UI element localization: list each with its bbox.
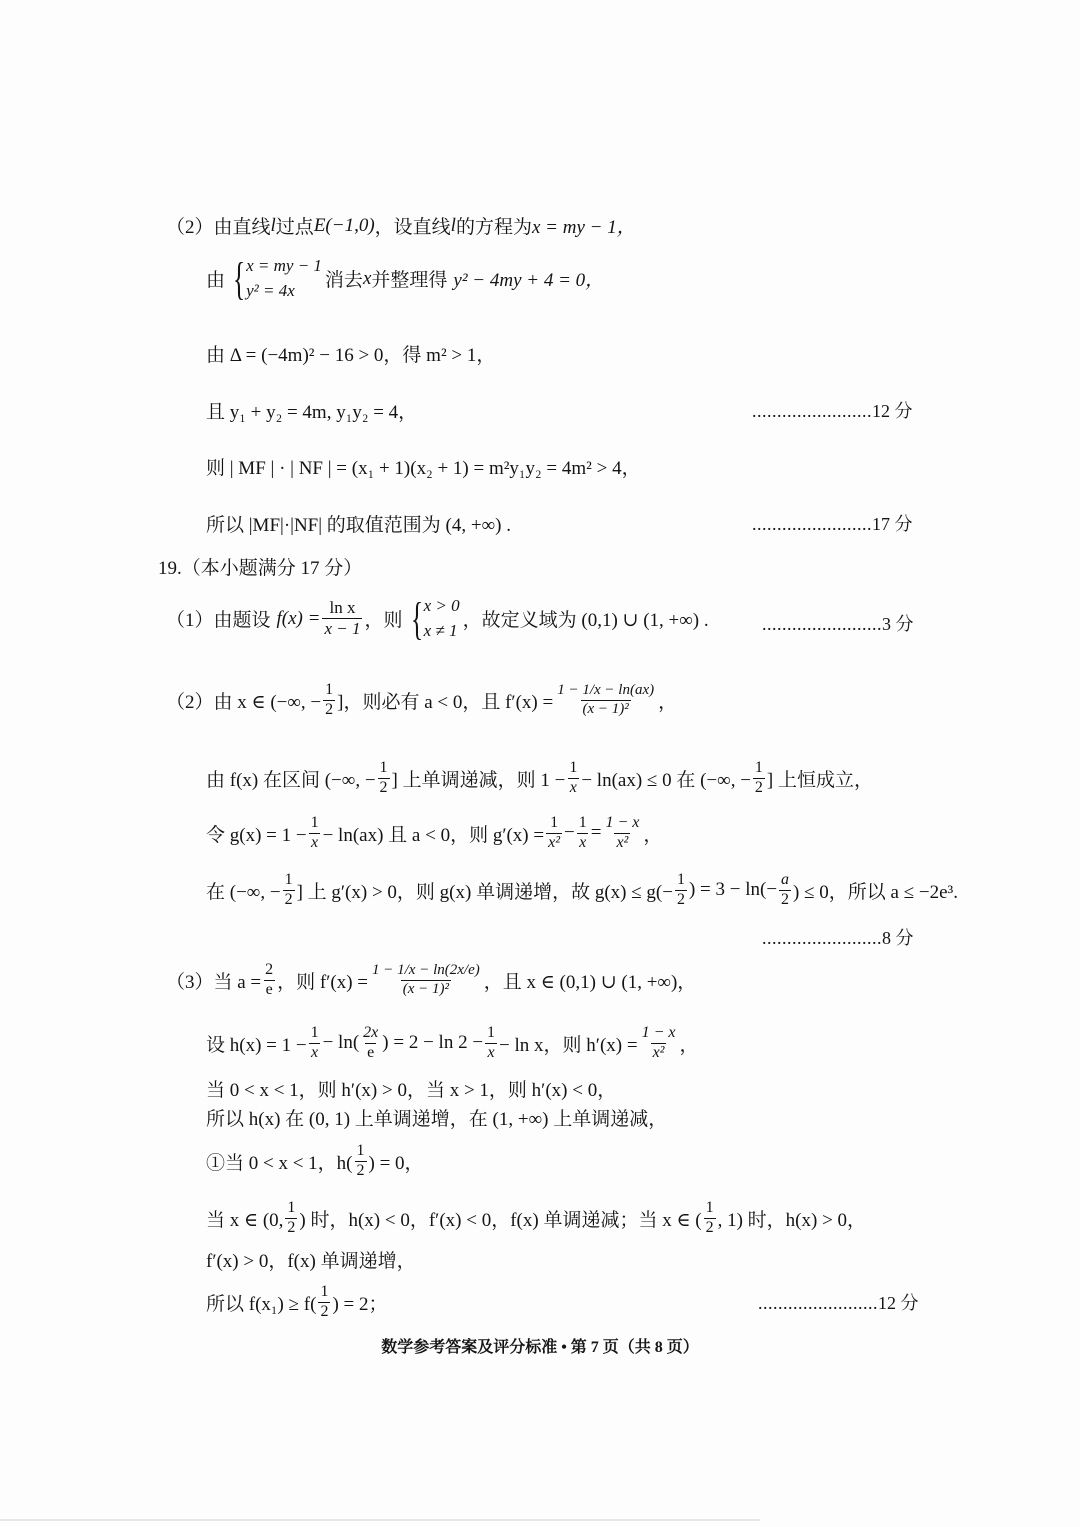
- dots: ........................: [752, 401, 872, 421]
- text: − ln x，则 h′(x) =: [499, 1030, 638, 1057]
- denominator: x²: [546, 833, 562, 852]
- text: ) = 2 − ln 2 −: [382, 1032, 483, 1054]
- dots: ........................: [762, 928, 882, 948]
- equation-system: { x > 0 x ≠ 1: [406, 594, 460, 643]
- q18-p2-line2: 由 { x = my − 1 y² = 4x 消去 x 并整理得 y² − 4m…: [206, 254, 604, 303]
- score-value: 12 分: [872, 401, 913, 421]
- numerator: 1: [285, 1200, 297, 1218]
- numerator: 1: [378, 760, 390, 778]
- fraction-1mx-over-x2: 1 − x x²: [603, 815, 641, 852]
- text: ) = 0，: [369, 1148, 424, 1175]
- denominator: x: [485, 1043, 496, 1062]
- fraction-half: 1 2: [285, 1200, 297, 1237]
- denominator: 2: [318, 1302, 330, 1321]
- fraction-1mx-over-x2: 1 − x x²: [640, 1025, 678, 1062]
- text: 并整理得: [371, 265, 447, 292]
- numerator: 1: [323, 682, 335, 700]
- numerator: 1 − x: [640, 1025, 678, 1043]
- text: ]，则必有 a < 0，且 f′(x) =: [337, 687, 553, 714]
- numerator: 1: [355, 1143, 367, 1161]
- denominator: 2: [753, 778, 765, 797]
- denominator: 2: [675, 890, 687, 909]
- q19-p3-line6: 当 x ∈ (0, 1 2 ) 时，h(x) < 0，f′(x) < 0，f(x…: [206, 1200, 866, 1237]
- fraction-half: 1 2: [704, 1200, 716, 1237]
- numerator: a: [779, 872, 791, 890]
- denominator: (x − 1)²: [401, 980, 451, 998]
- q19-p3-line1: （3）当 a = 2 e ，则 f′(x) = 1 − 1/x − ln(2x/…: [166, 962, 696, 999]
- score-3: ........................3 分: [762, 610, 914, 636]
- fraction: ln x x − 1: [322, 599, 362, 638]
- text: ) ≤ 0，所以 a ≤ −2e³.: [793, 877, 958, 904]
- numerator: 1 − 1/x − ln(ax): [555, 683, 656, 700]
- score-8: ........................8 分: [762, 924, 914, 950]
- q18-p2-line1: （2）由直线 l 过点 E(−1,0) ，设直线 l 的方程为 x = my −…: [166, 212, 636, 239]
- math: x = my − 1，: [532, 212, 636, 239]
- score-value: 12 分: [878, 1293, 919, 1313]
- text: （1）由题设: [166, 605, 271, 632]
- math: f(x) =: [277, 608, 321, 630]
- text: 的方程为: [456, 212, 532, 239]
- denominator: x²: [651, 1043, 667, 1062]
- numerator: 1: [485, 1025, 497, 1043]
- text: 由: [206, 265, 225, 292]
- denominator: x: [309, 833, 320, 852]
- denominator: 2: [378, 778, 390, 797]
- score-12: ........................12 分: [752, 397, 913, 423]
- fraction-a-over-2: a 2: [779, 872, 791, 909]
- numerator: 2x: [361, 1025, 380, 1043]
- fraction-half: 1 2: [318, 1284, 330, 1321]
- equation-system: { x = my − 1 y² = 4x: [228, 254, 322, 303]
- text: 过点: [276, 212, 314, 239]
- text: − ln(: [323, 1032, 360, 1054]
- fraction-1-over-x2: 1 x²: [546, 815, 562, 852]
- q19-p3-line5: ①当 0 < x < 1，h( 1 2 ) = 0，: [206, 1143, 424, 1180]
- denominator: 2: [323, 700, 335, 719]
- text: ) = 2；: [332, 1289, 387, 1316]
- numerator: 1: [548, 815, 560, 833]
- text: ，: [658, 687, 677, 714]
- fraction-1-over-x: 1 x: [567, 760, 579, 797]
- text: =: [591, 822, 602, 844]
- fraction-half: 1 2: [283, 872, 295, 909]
- text: ，: [679, 1030, 698, 1057]
- score-17: ........................17 分: [752, 510, 913, 536]
- denominator: e: [264, 980, 275, 999]
- numerator: 1: [283, 872, 295, 890]
- brace-icon: {: [233, 256, 245, 302]
- math: y² − 4my + 4 = 0，: [453, 265, 604, 292]
- math: E(−1,0): [314, 215, 375, 237]
- score-value: 3 分: [882, 614, 914, 634]
- page-footer: 数学参考答案及评分标准 • 第 7 页（共 8 页）: [0, 1334, 1080, 1357]
- text: 由 f(x) 在区间 (−∞, −: [206, 765, 376, 792]
- denominator: x²: [614, 833, 630, 852]
- text: 在 (−∞, −: [206, 877, 281, 904]
- text: ) 时，h(x) < 0，f′(x) < 0，f(x) 单调递减；当 x ∈ (: [299, 1205, 701, 1232]
- fraction-1-over-x: 1 x: [309, 1025, 321, 1062]
- score-value: 8 分: [882, 928, 914, 948]
- text: ，: [643, 820, 662, 847]
- q19-p1-line: （1）由题设 f(x) = ln x x − 1 ，则 { x > 0 x ≠ …: [166, 594, 709, 643]
- denominator: 2: [285, 1218, 297, 1237]
- denominator: x: [309, 1043, 320, 1062]
- brace-icon: {: [410, 596, 422, 642]
- page-bottom-divider: [0, 1519, 760, 1521]
- text: ，且 x ∈ (0,1) ∪ (1, +∞)，: [484, 967, 697, 994]
- score-12b: ........................12 分: [758, 1289, 919, 1315]
- text: ，设直线: [375, 212, 451, 239]
- numerator: 1: [567, 760, 579, 778]
- text: （3）当 a =: [166, 967, 261, 994]
- fraction-half: 1 2: [675, 872, 687, 909]
- q18-p2-line5: 则 | MF | · | NF | = (x₁ + 1)(x₂ + 1) = m…: [206, 453, 641, 480]
- text: ，则: [364, 605, 402, 632]
- fraction-1-over-x: 1 x: [577, 815, 589, 852]
- math: x = my − 1: [246, 254, 322, 279]
- numerator: 1 − 1/x − ln(2x/e): [370, 963, 482, 980]
- text: 令 g(x) = 1 −: [206, 820, 307, 847]
- dots: ........................: [752, 514, 872, 534]
- fraction-1-over-x: 1 x: [309, 815, 321, 852]
- score-value: 17 分: [872, 514, 913, 534]
- text: 所以 f(x₁) ≥ f(: [206, 1289, 316, 1316]
- text: − ln(ax) 且 a < 0，则 g′(x) =: [323, 820, 545, 847]
- fraction-derivative: 1 − 1/x − ln(ax) (x − 1)²: [555, 683, 656, 718]
- numerator: ln x: [327, 599, 357, 618]
- text: ，则 f′(x) =: [277, 967, 368, 994]
- numerator: 1: [675, 872, 687, 890]
- q19-p3-line3: 当 0 < x < 1，则 h′(x) > 0，当 x > 1，则 h′(x) …: [206, 1075, 616, 1102]
- denominator: 2: [779, 890, 791, 909]
- text: ] 上单调递减，则 1 −: [392, 765, 566, 792]
- text: , 1) 时，h(x) > 0，: [718, 1205, 866, 1232]
- fraction-half: 1 2: [753, 760, 765, 797]
- text: （2）由 x ∈ (−∞, −: [166, 687, 321, 714]
- text: 当 x ∈ (0,: [206, 1205, 283, 1232]
- q19-p2-line4: 在 (−∞, − 1 2 ] 上 g′(x) > 0，则 g(x) 单调递增，故…: [206, 872, 958, 909]
- numerator: 1 − x: [603, 815, 641, 833]
- denominator: x: [568, 778, 579, 797]
- q19-title: 19.（本小题满分 17 分）: [158, 553, 362, 580]
- text: ] 上恒成立，: [767, 765, 873, 792]
- math: y² = 4x: [246, 279, 322, 304]
- dots: ........................: [762, 614, 882, 634]
- text: − ln(ax) ≤ 0 在 (−∞, −: [581, 765, 751, 792]
- numerator: 2: [263, 962, 275, 980]
- text: 消去: [325, 265, 363, 292]
- q18-p2-line3: 由 Δ = (−4m)² − 16 > 0，得 m² > 1，: [206, 340, 495, 367]
- math: x ≠ 1: [424, 619, 460, 644]
- text: （2）由直线: [166, 212, 271, 239]
- q19-p3-line7: f′(x) > 0，f(x) 单调递增，: [206, 1246, 416, 1273]
- text: ①当 0 < x < 1，h(: [206, 1148, 353, 1175]
- denominator: e: [365, 1043, 376, 1062]
- numerator: 1: [753, 760, 765, 778]
- q18-p2-line4: 且 y₁ + y₂ = 4m, y₁y₂ = 4，: [206, 397, 417, 424]
- denominator: 2: [704, 1218, 716, 1237]
- denominator: 2: [355, 1161, 367, 1180]
- denominator: x − 1: [322, 618, 362, 638]
- text: ] 上 g′(x) > 0，则 g(x) 单调递增，故 g(x) ≤ g(−: [297, 877, 673, 904]
- fraction-2-over-e: 2 e: [263, 962, 275, 999]
- denominator: (x − 1)²: [581, 700, 631, 718]
- text: −: [564, 822, 575, 844]
- denominator: x: [577, 833, 588, 852]
- q19-p3-line4: 所以 h(x) 在 (0, 1) 上单调递增，在 (1, +∞) 上单调递减，: [206, 1104, 667, 1131]
- math: x > 0: [424, 594, 460, 619]
- fraction-2x-over-e: 2x e: [361, 1025, 380, 1062]
- text: ) = 3 − ln(−: [689, 879, 777, 901]
- dots: ........................: [758, 1293, 878, 1313]
- fraction-half: 1 2: [323, 682, 335, 719]
- q18-p2-line6: 所以 |MF|·|NF| 的取值范围为 (4, +∞) .: [206, 510, 511, 537]
- q19-p3-line2: 设 h(x) = 1 − 1 x − ln( 2x e ) = 2 − ln 2…: [206, 1025, 699, 1062]
- q19-p3-line8: 所以 f(x₁) ≥ f( 1 2 ) = 2；: [206, 1284, 388, 1321]
- text: 设 h(x) = 1 −: [206, 1030, 307, 1057]
- text: ，故定义域为 (0,1) ∪ (1, +∞) .: [463, 605, 709, 632]
- fraction-1-over-x: 1 x: [485, 1025, 497, 1062]
- numerator: 1: [577, 815, 589, 833]
- math: x: [363, 268, 371, 290]
- q19-p2-line3: 令 g(x) = 1 − 1 x − ln(ax) 且 a < 0，则 g′(x…: [206, 815, 662, 852]
- q19-p2-line1: （2）由 x ∈ (−∞, − 1 2 ]，则必有 a < 0，且 f′(x) …: [166, 682, 677, 719]
- fraction-half: 1 2: [355, 1143, 367, 1180]
- numerator: 1: [309, 1025, 321, 1043]
- q19-p2-line2: 由 f(x) 在区间 (−∞, − 1 2 ] 上单调递减，则 1 − 1 x …: [206, 760, 873, 797]
- fraction-half: 1 2: [378, 760, 390, 797]
- numerator: 1: [318, 1284, 330, 1302]
- fraction-derivative: 1 − 1/x − ln(2x/e) (x − 1)²: [370, 963, 482, 998]
- numerator: 1: [309, 815, 321, 833]
- denominator: 2: [283, 890, 295, 909]
- numerator: 1: [704, 1200, 716, 1218]
